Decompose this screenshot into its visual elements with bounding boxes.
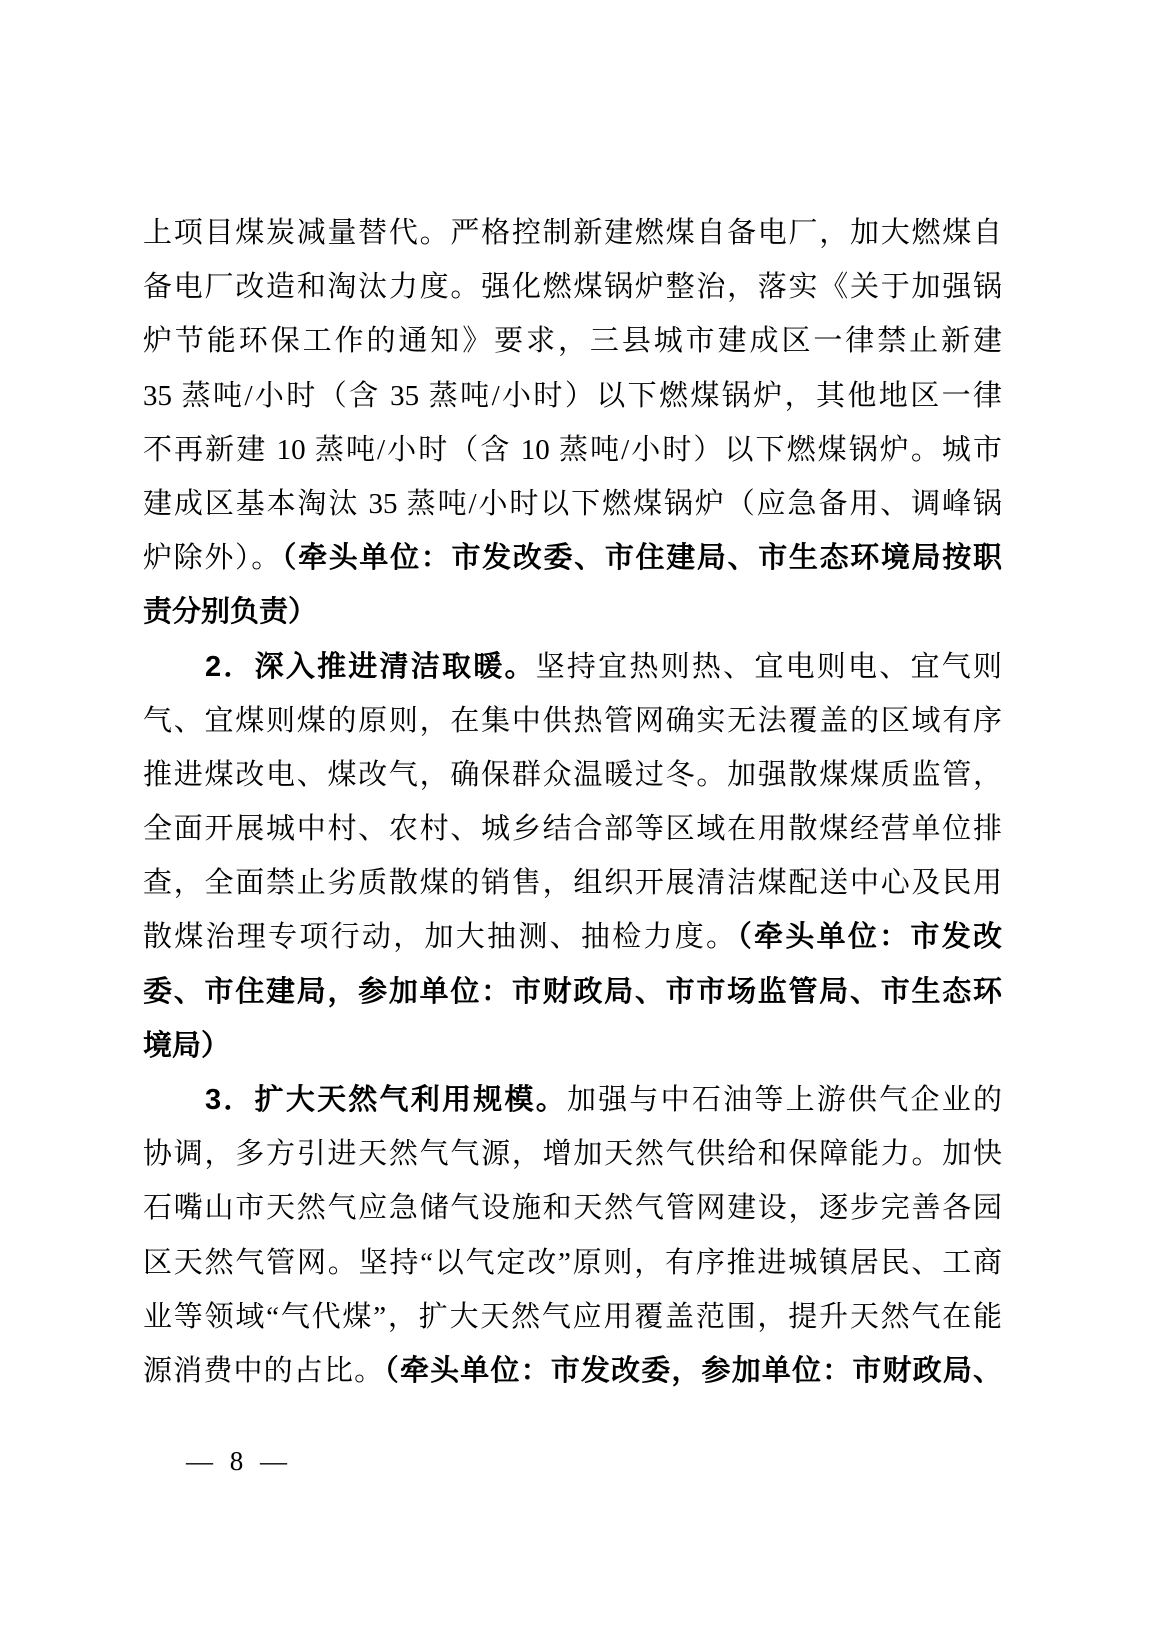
- page-number: — 8 —: [186, 1446, 292, 1476]
- page-footer: — 8 —: [186, 1446, 292, 1477]
- body-text: 上项目煤炭减量替代。严格控制新建燃煤自备电厂，加大燃煤自: [143, 217, 1002, 249]
- text-line: 建成区基本淘汰 35 蒸吨/小时以下燃煤锅炉（应急备用、调峰锅: [143, 477, 1002, 531]
- paragraph-heading: 3．扩大天然气利用规模。: [205, 1084, 567, 1116]
- text-line: 炉除外）。（牵头单位：市发改委、市住建局、市生态环境局按职: [143, 531, 1002, 585]
- responsible-unit-text: 境局）: [143, 1030, 230, 1062]
- responsible-unit-text: （牵头单位：市发改委、市住建局、市生态环境局按职: [282, 542, 1002, 574]
- body-text: 35 蒸吨/小时（含 35 蒸吨/小时）以下燃煤锅炉，其他地区一律: [143, 380, 1002, 412]
- body-text: 坚持宜热则热、宜电则电、宜气则: [536, 651, 1002, 683]
- body-text: 区天然气管网。坚持“以气定改”原则，有序推进城镇居民、工商: [143, 1247, 1002, 1279]
- text-line: 备电厂改造和淘汰力度。强化燃煤锅炉整治，落实《关于加强锅: [143, 260, 1002, 314]
- text-line: 协调，多方引进天然气气源，增加天然气供给和保障能力。加快: [143, 1127, 1002, 1181]
- text-line: 3．扩大天然气利用规模。加强与中石油等上游供气企业的: [143, 1073, 1002, 1127]
- body-text: 源消费中的占比。: [143, 1355, 384, 1387]
- body-text: 炉除外）。: [143, 542, 282, 574]
- responsible-unit-text: 委、市住建局，参加单位：市财政局、市市场监管局、市生态环: [143, 976, 1002, 1008]
- text-line: 区天然气管网。坚持“以气定改”原则，有序推进城镇居民、工商: [143, 1236, 1002, 1290]
- text-line: 全面开展城中村、农村、城乡结合部等区域在用散煤经营单位排: [143, 802, 1002, 856]
- text-line: 35 蒸吨/小时（含 35 蒸吨/小时）以下燃煤锅炉，其他地区一律: [143, 369, 1002, 423]
- paragraph-heading: 2．深入推进清洁取暖。: [205, 651, 536, 683]
- body-text: 查，全面禁止劣质散煤的销售，组织开展清洁煤配送中心及民用: [143, 867, 1002, 899]
- body-text: 建成区基本淘汰 35 蒸吨/小时以下燃煤锅炉（应急备用、调峰锅: [143, 488, 1002, 520]
- text-line: 不再新建 10 蒸吨/小时（含 10 蒸吨/小时）以下燃煤锅炉。城市: [143, 423, 1002, 477]
- text-line: 查，全面禁止劣质散煤的销售，组织开展清洁煤配送中心及民用: [143, 856, 1002, 910]
- text-line: 散煤治理专项行动，加大抽测、抽检力度。（牵头单位：市发改: [143, 910, 1002, 964]
- body-text: 散煤治理专项行动，加大抽测、抽检力度。: [143, 921, 737, 953]
- text-line: 2．深入推进清洁取暖。坚持宜热则热、宜电则电、宜气则: [143, 640, 1002, 694]
- responsible-unit-text: （牵头单位：市发改: [737, 921, 1002, 953]
- text-line: 境局）: [143, 1019, 1002, 1073]
- body-text: 推进煤改电、煤改气，确保群众温暖过冬。加强散煤煤质监管，: [143, 759, 1002, 791]
- text-line: 责分别负责）: [143, 585, 1002, 639]
- responsible-unit-text: （牵头单位：市发改委，参加单位：市财政局、: [384, 1355, 1002, 1387]
- text-line: 源消费中的占比。（牵头单位：市发改委，参加单位：市财政局、: [143, 1344, 1002, 1398]
- body-text: 炉节能环保工作的通知》要求，三县城市建成区一律禁止新建: [143, 325, 1002, 357]
- responsible-unit-text: 责分别负责）: [143, 596, 317, 628]
- body-text: 业等领域“气代煤”，扩大天然气应用覆盖范围，提升天然气在能: [143, 1301, 1002, 1333]
- text-line: 石嘴山市天然气应急储气设施和天然气管网建设，逐步完善各园: [143, 1181, 1002, 1235]
- document-body: 上项目煤炭减量替代。严格控制新建燃煤自备电厂，加大燃煤自备电厂改造和淘汰力度。强…: [143, 206, 1002, 1398]
- body-text: 不再新建 10 蒸吨/小时（含 10 蒸吨/小时）以下燃煤锅炉。城市: [143, 434, 1002, 466]
- body-text: 全面开展城中村、农村、城乡结合部等区域在用散煤经营单位排: [143, 813, 1002, 845]
- body-text: 气、宜煤则煤的原则，在集中供热管网确实无法覆盖的区域有序: [143, 705, 1002, 737]
- document-page: 上项目煤炭减量替代。严格控制新建燃煤自备电厂，加大燃煤自备电厂改造和淘汰力度。强…: [0, 0, 1152, 1628]
- body-text: 协调，多方引进天然气气源，增加天然气供给和保障能力。加快: [143, 1138, 1002, 1170]
- body-text: 石嘴山市天然气应急储气设施和天然气管网建设，逐步完善各园: [143, 1192, 1002, 1224]
- text-line: 推进煤改电、煤改气，确保群众温暖过冬。加强散煤煤质监管，: [143, 748, 1002, 802]
- body-text: 备电厂改造和淘汰力度。强化燃煤锅炉整治，落实《关于加强锅: [143, 271, 1002, 303]
- body-text: 加强与中石油等上游供气企业的: [567, 1084, 1002, 1116]
- text-line: 上项目煤炭减量替代。严格控制新建燃煤自备电厂，加大燃煤自: [143, 206, 1002, 260]
- text-line: 炉节能环保工作的通知》要求，三县城市建成区一律禁止新建: [143, 314, 1002, 368]
- text-line: 委、市住建局，参加单位：市财政局、市市场监管局、市生态环: [143, 965, 1002, 1019]
- text-line: 业等领域“气代煤”，扩大天然气应用覆盖范围，提升天然气在能: [143, 1290, 1002, 1344]
- text-line: 气、宜煤则煤的原则，在集中供热管网确实无法覆盖的区域有序: [143, 694, 1002, 748]
